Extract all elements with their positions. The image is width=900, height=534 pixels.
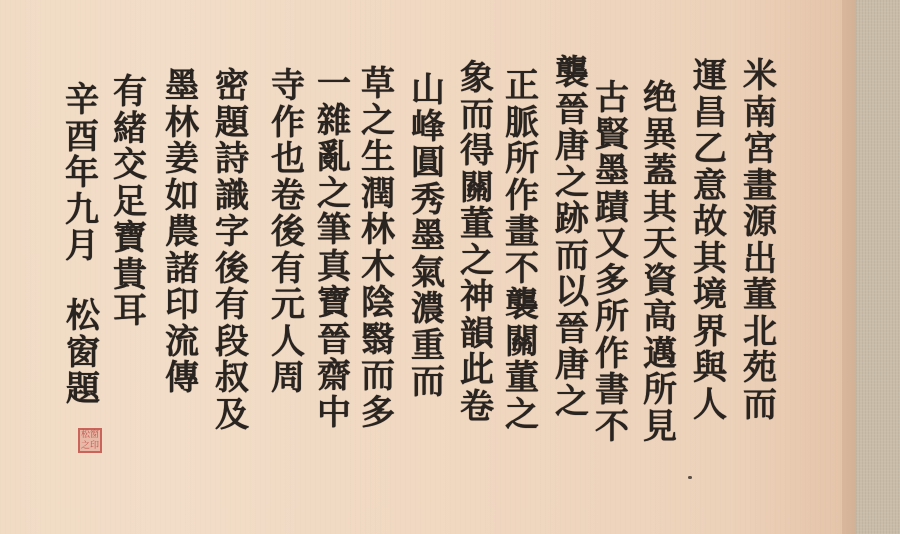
calligraphy-char: 米 bbox=[740, 58, 780, 95]
calligraphy-char: 襲 bbox=[552, 55, 592, 92]
text-column: 正脈所作畫不襲關董之 bbox=[502, 68, 542, 433]
calligraphy-char: 乙 bbox=[690, 131, 730, 168]
calligraphy-char: 神 bbox=[457, 279, 497, 316]
calligraphy-char: 墨 bbox=[592, 153, 632, 190]
calligraphy-char: 畫 bbox=[502, 214, 542, 251]
calligraphy-char: 其 bbox=[640, 190, 680, 227]
calligraphy-char: 與 bbox=[690, 350, 730, 387]
calligraphy-char: 九 bbox=[62, 192, 102, 229]
calligraphy-char: 足 bbox=[110, 184, 150, 221]
calligraphy-char: 山 bbox=[408, 72, 448, 109]
calligraphy-char: 草 bbox=[358, 66, 398, 103]
calligraphy-char: 年 bbox=[62, 155, 102, 192]
calligraphy-char: 绝 bbox=[640, 80, 680, 117]
calligraphy-char: 宮 bbox=[740, 131, 780, 168]
calligraphy-char: 邁 bbox=[640, 336, 680, 373]
seal-char: 松 bbox=[81, 430, 90, 440]
calligraphy-char: 流 bbox=[162, 324, 202, 361]
calligraphy-char: 後 bbox=[212, 251, 252, 288]
calligraphy-char: 緒 bbox=[110, 111, 150, 148]
text-column: 辛酉年九月 bbox=[62, 82, 102, 265]
calligraphy-char: 重 bbox=[408, 328, 448, 365]
calligraphy-char: 作 bbox=[502, 178, 542, 215]
calligraphy-char: 齋 bbox=[314, 358, 354, 395]
text-column: 草之生潤林木陰翳而多 bbox=[358, 66, 398, 431]
silk-mounting bbox=[856, 0, 900, 534]
calligraphy-char: 多 bbox=[358, 395, 398, 432]
calligraphy-char: 密 bbox=[212, 68, 252, 105]
paper-edge bbox=[842, 0, 856, 534]
calligraphy-char: 之 bbox=[314, 176, 354, 213]
calligraphy-char: 及 bbox=[212, 397, 252, 434]
calligraphy-char: 有 bbox=[268, 251, 308, 288]
calligraphy-char: 濃 bbox=[408, 291, 448, 328]
calligraphy-char: 賢 bbox=[592, 117, 632, 154]
calligraphy-char: 故 bbox=[690, 204, 730, 241]
calligraphy-scroll: 米南宮畫源出董北苑而運昌乙意故其境界與人绝異蓋其天資高邁所見古賢墨蹟又多所作書不… bbox=[0, 0, 900, 534]
calligraphy-char: 所 bbox=[592, 299, 632, 336]
calligraphy-char: 亂 bbox=[314, 139, 354, 176]
calligraphy-char: 出 bbox=[740, 241, 780, 278]
calligraphy-char: 周 bbox=[268, 360, 308, 397]
calligraphy-char: 之 bbox=[552, 384, 592, 421]
calligraphy-char: 畫 bbox=[740, 168, 780, 205]
calligraphy-char: 得 bbox=[457, 133, 497, 170]
text-column: 象而得關董之神韻此卷 bbox=[457, 60, 497, 425]
calligraphy-char: 人 bbox=[690, 387, 730, 424]
calligraphy-char: 峰 bbox=[408, 109, 448, 146]
calligraphy-char: 寺 bbox=[268, 68, 308, 105]
calligraphy-char: 寶 bbox=[110, 220, 150, 257]
text-column: 運昌乙意故其境界與人 bbox=[690, 58, 730, 423]
calligraphy-char: 其 bbox=[690, 241, 730, 278]
text-column: 密題詩識字後有段叔及 bbox=[212, 68, 252, 433]
calligraphy-char: 潤 bbox=[358, 176, 398, 213]
calligraphy-char: 源 bbox=[740, 204, 780, 241]
calligraphy-char: 叔 bbox=[212, 360, 252, 397]
calligraphy-char: 真 bbox=[314, 249, 354, 286]
calligraphy-char: 異 bbox=[640, 117, 680, 154]
calligraphy-char: 月 bbox=[62, 228, 102, 265]
calligraphy-char: 跡 bbox=[552, 201, 592, 238]
calligraphy-char: 董 bbox=[740, 277, 780, 314]
text-column: 墨林姜如農諸印流傳 bbox=[162, 68, 202, 397]
text-column: 寺作也卷後有元人周 bbox=[268, 68, 308, 397]
calligraphy-char: 蹟 bbox=[592, 190, 632, 227]
calligraphy-char: 韻 bbox=[457, 316, 497, 353]
calligraphy-char: 唐 bbox=[552, 128, 592, 165]
calligraphy-char: 卷 bbox=[457, 389, 497, 426]
text-column: 山峰圓秀墨氣濃重而 bbox=[408, 72, 448, 401]
calligraphy-char: 之 bbox=[552, 165, 592, 202]
calligraphy-char: 木 bbox=[358, 249, 398, 286]
calligraphy-char: 寶 bbox=[314, 285, 354, 322]
calligraphy-char: 墨 bbox=[162, 68, 202, 105]
calligraphy-char: 卷 bbox=[268, 178, 308, 215]
calligraphy-char: 作 bbox=[592, 336, 632, 373]
calligraphy-char: 正 bbox=[502, 68, 542, 105]
calligraphy-char: 而 bbox=[740, 387, 780, 424]
calligraphy-char: 圓 bbox=[408, 145, 448, 182]
calligraphy-char: 農 bbox=[162, 214, 202, 251]
calligraphy-char: 人 bbox=[268, 324, 308, 361]
text-column: 有緒交足寶貴耳 bbox=[110, 74, 150, 330]
seal-char: 之 bbox=[81, 441, 90, 451]
calligraphy-char: 也 bbox=[268, 141, 308, 178]
calligraphy-char: 窗 bbox=[63, 335, 103, 372]
calligraphy-char: 詩 bbox=[212, 141, 252, 178]
calligraphy-char: 酉 bbox=[62, 119, 102, 156]
calligraphy-char: 書 bbox=[592, 372, 632, 409]
calligraphy-char: 雜 bbox=[314, 103, 354, 140]
calligraphy-char: 董 bbox=[502, 360, 542, 397]
calligraphy-char: 運 bbox=[690, 58, 730, 95]
calligraphy-char: 又 bbox=[592, 226, 632, 263]
calligraphy-char: 後 bbox=[268, 214, 308, 251]
calligraphy-char: 古 bbox=[592, 80, 632, 117]
calligraphy-char: 不 bbox=[592, 409, 632, 446]
calligraphy-char: 印 bbox=[162, 287, 202, 324]
calligraphy-char: 姜 bbox=[162, 141, 202, 178]
calligraphy-char: 而 bbox=[552, 238, 592, 275]
calligraphy-char: 林 bbox=[162, 105, 202, 142]
seal-char: 印 bbox=[90, 441, 99, 451]
text-column: 古賢墨蹟又多所作書不 bbox=[592, 80, 632, 445]
calligraphy-char: 題 bbox=[212, 105, 252, 142]
calligraphy-char: 諸 bbox=[162, 251, 202, 288]
calligraphy-char: 唐 bbox=[552, 347, 592, 384]
text-column: 绝異蓋其天資高邁所見 bbox=[640, 80, 680, 445]
calligraphy-char: 所 bbox=[640, 372, 680, 409]
calligraphy-char: 之 bbox=[502, 397, 542, 434]
calligraphy-char: 晉 bbox=[552, 92, 592, 129]
calligraphy-char: 而 bbox=[408, 364, 448, 401]
calligraphy-char: 之 bbox=[358, 103, 398, 140]
text-column: 一雜亂之筆真寶晉齋中 bbox=[314, 66, 354, 431]
calligraphy-char: 關 bbox=[502, 324, 542, 361]
text-column: 襲晉唐之跡而以晉唐之 bbox=[552, 55, 592, 420]
calligraphy-char: 作 bbox=[268, 105, 308, 142]
calligraphy-char: 高 bbox=[640, 299, 680, 336]
calligraphy-char: 筆 bbox=[314, 212, 354, 249]
calligraphy-char: 而 bbox=[358, 358, 398, 395]
calligraphy-char: 界 bbox=[690, 314, 730, 351]
calligraphy-char: 林 bbox=[358, 212, 398, 249]
calligraphy-char: 資 bbox=[640, 263, 680, 300]
calligraphy-char: 元 bbox=[268, 287, 308, 324]
calligraphy-char: 翳 bbox=[358, 322, 398, 359]
calligraphy-char: 多 bbox=[592, 263, 632, 300]
calligraphy-char: 一 bbox=[314, 66, 354, 103]
calligraphy-char: 北 bbox=[740, 314, 780, 351]
calligraphy-char: 生 bbox=[358, 139, 398, 176]
calligraphy-char: 天 bbox=[640, 226, 680, 263]
calligraphy-char: 所 bbox=[502, 141, 542, 178]
calligraphy-char: 字 bbox=[212, 214, 252, 251]
calligraphy-char: 松 bbox=[63, 298, 103, 335]
calligraphy-char: 耳 bbox=[110, 293, 150, 330]
calligraphy-char: 意 bbox=[690, 168, 730, 205]
calligraphy-char: 苑 bbox=[740, 350, 780, 387]
calligraphy-char: 中 bbox=[314, 395, 354, 432]
calligraphy-char: 見 bbox=[640, 409, 680, 446]
calligraphy-char: 傳 bbox=[162, 360, 202, 397]
calligraphy-char: 如 bbox=[162, 178, 202, 215]
calligraphy-char: 秀 bbox=[408, 182, 448, 219]
calligraphy-char: 蓋 bbox=[640, 153, 680, 190]
text-column: 米南宮畫源出董北苑而 bbox=[740, 58, 780, 423]
calligraphy-char: 識 bbox=[212, 178, 252, 215]
calligraphy-char: 之 bbox=[457, 243, 497, 280]
ink-speck bbox=[688, 476, 692, 479]
calligraphy-char: 氣 bbox=[408, 255, 448, 292]
calligraphy-char: 貴 bbox=[110, 257, 150, 294]
calligraphy-char: 襲 bbox=[502, 287, 542, 324]
red-seal: 松 窗 之 印 bbox=[78, 428, 102, 453]
calligraphy-char: 關 bbox=[457, 170, 497, 207]
calligraphy-char: 境 bbox=[690, 277, 730, 314]
calligraphy-char: 董 bbox=[457, 206, 497, 243]
calligraphy-char: 有 bbox=[212, 287, 252, 324]
calligraphy-char: 交 bbox=[110, 147, 150, 184]
calligraphy-char: 陰 bbox=[358, 285, 398, 322]
calligraphy-char: 脈 bbox=[502, 105, 542, 142]
calligraphy-char: 晉 bbox=[314, 322, 354, 359]
calligraphy-char: 題 bbox=[63, 371, 103, 408]
calligraphy-char: 而 bbox=[457, 97, 497, 134]
calligraphy-char: 不 bbox=[502, 251, 542, 288]
calligraphy-char: 辛 bbox=[62, 82, 102, 119]
calligraphy-char: 墨 bbox=[408, 218, 448, 255]
calligraphy-char: 晉 bbox=[552, 311, 592, 348]
calligraphy-char: 以 bbox=[552, 274, 592, 311]
calligraphy-char: 南 bbox=[740, 95, 780, 132]
calligraphy-char: 昌 bbox=[690, 95, 730, 132]
seal-char: 窗 bbox=[90, 430, 99, 440]
calligraphy-char: 此 bbox=[457, 352, 497, 389]
calligraphy-char: 象 bbox=[457, 60, 497, 97]
calligraphy-char: 有 bbox=[110, 74, 150, 111]
calligraphy-char: 段 bbox=[212, 324, 252, 361]
text-column: 松窗題 bbox=[63, 298, 103, 408]
